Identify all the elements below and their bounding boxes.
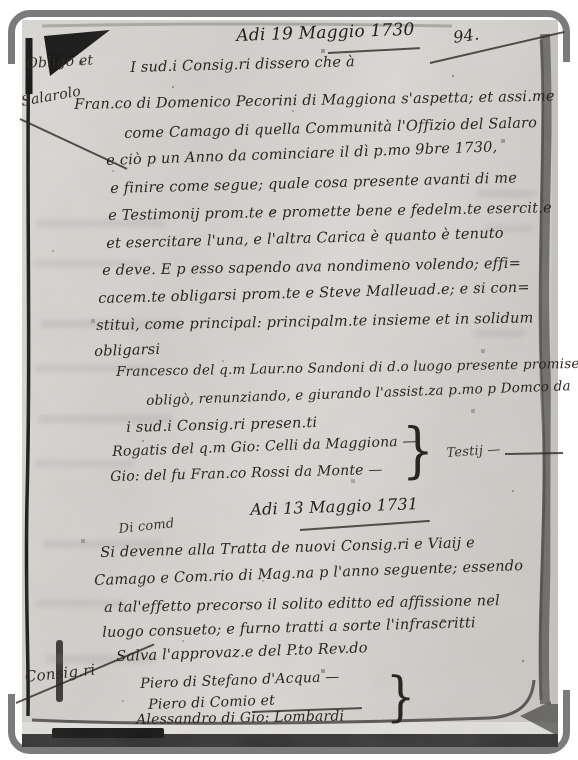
manuscript-line: Fran.co di Domenico Pecorini di Maggiona… [74, 89, 555, 113]
manuscript-line: obligò, renunziando, e giurando l'assist… [146, 378, 571, 409]
elected-name: Piero di Stefano d'Acqua — [140, 669, 340, 692]
names-brace-glyph: } [386, 670, 415, 723]
date-heading-1730: Adi 19 Maggio 1730 [236, 20, 415, 46]
witness-line: Rogatis del q.m Gio: Celli da Maggiona — [112, 433, 417, 460]
page-number-flourish [430, 31, 565, 64]
manuscript-line: e deve. E p esso sapendo ava nondimeno v… [102, 256, 521, 279]
elected-name: Alessandro di Gio: Lombardi [136, 708, 344, 728]
manuscript-line: cacem.te obligarsi prom.te e Steve Malle… [98, 280, 530, 307]
manuscript-line: I sud.i Consig.ri dissero che à [130, 54, 355, 76]
heading-underline [328, 47, 420, 54]
manuscript-text-layer: Adi 19 Maggio 1730 94. Obligo et Salarol… [0, 0, 578, 760]
heading2-underline [300, 520, 430, 531]
witness-label: Testij — [446, 442, 501, 461]
manuscript-line: Si devenne alla Tratta de nuovi Consig.r… [100, 535, 475, 561]
entry-note: Di comd [118, 516, 175, 537]
manuscript-line: et esercitare l'una, e l'altra Carica è … [106, 226, 504, 252]
manuscript-line: obligarsi [94, 342, 161, 360]
date-heading-1731: Adi 13 Maggio 1731 [250, 494, 419, 519]
page-number: 94. [452, 24, 480, 46]
margin-note-obligo: Obligo et [26, 52, 94, 71]
manuscript-line: e Testimonij prom.te e promette bene e f… [108, 200, 552, 224]
scanned-manuscript-document: Adi 19 Maggio 1730 94. Obligo et Salarol… [0, 0, 578, 760]
manuscript-line: come Camago di quella Communità l'Offizi… [124, 115, 537, 142]
manuscript-line: luogo consueto; e furno tratti a sorte l… [102, 615, 476, 641]
margin-note-salarolo: Salarolo [20, 84, 82, 110]
witness-line: Gio: del fu Fran.co Rossi da Monte — [110, 462, 383, 485]
witness-brace-glyph: } [402, 420, 434, 480]
manuscript-line: e finire come segue; quale cosa presente… [110, 170, 517, 197]
manuscript-line: Francesco del q.m Laur.no Sandoni di d.o… [116, 356, 578, 380]
manuscript-line: Camago e Com.rio di Mag.na p l'anno segu… [94, 558, 523, 589]
witness-dash [505, 452, 563, 455]
manuscript-line: e ciò p un Anno da cominciare il dì p.mo… [106, 139, 498, 169]
manuscript-line: a tal'effetto precorso il solito editto … [104, 593, 500, 616]
manuscript-line: stituì, come principal: principalm.te in… [96, 310, 534, 334]
manuscript-line: i sud.i Consig.ri presen.ti [126, 415, 317, 436]
